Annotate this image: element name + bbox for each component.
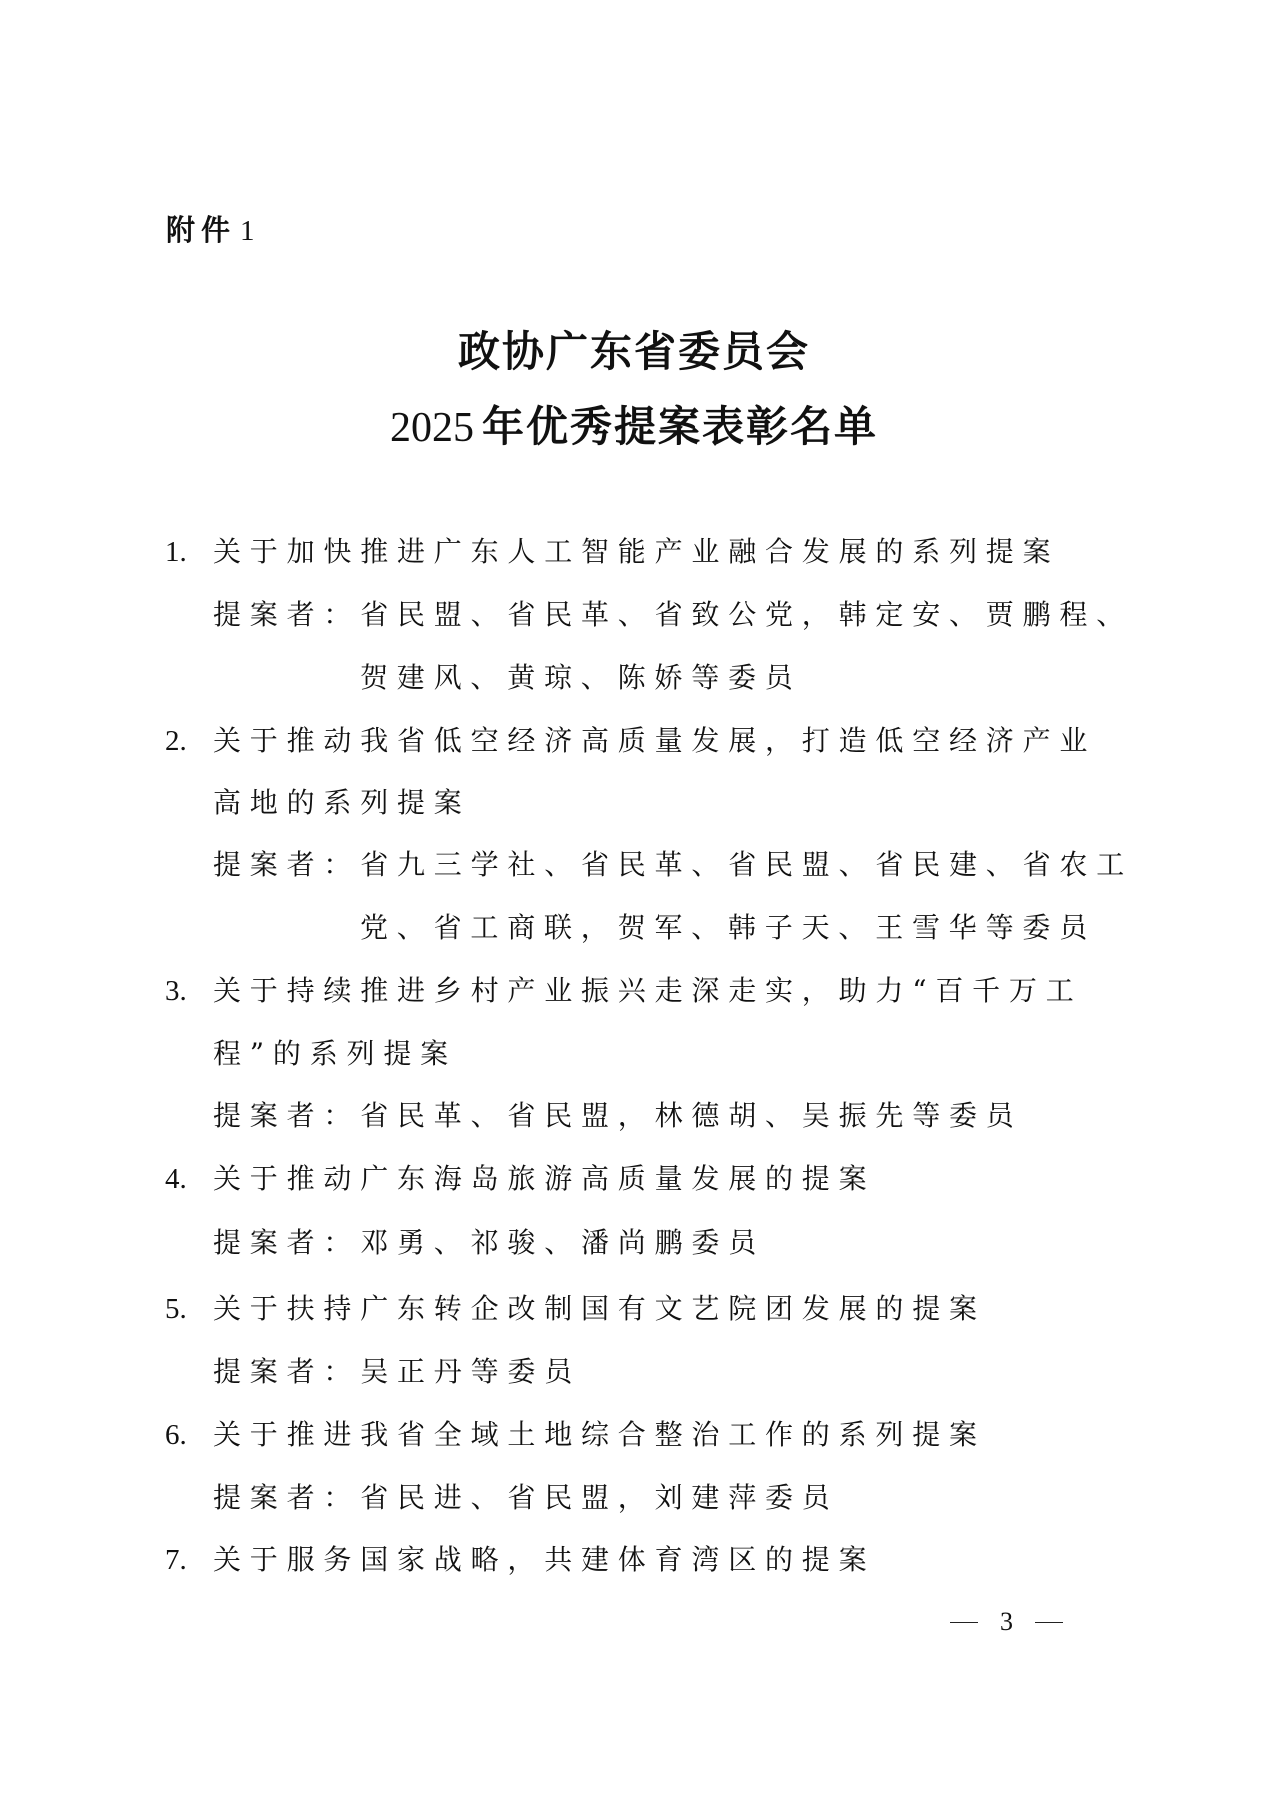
item-number: 6. [165,1419,187,1451]
item-proposers: 提案者：省民进、省民盟，刘建萍委员 [213,1482,839,1514]
item-proposers: 提案者：省民革、省民盟，林德胡、吴振先等委员 [213,1100,1023,1132]
item-proposers-continued: 党、省工商联，贺军、韩子天、王雪华等委员 [360,912,1096,944]
document-page: 附件1 政协广东省委员会 2025年优秀提案表彰名单 1. 关于加快推进广东人工… [0,0,1268,1793]
page-title-year: 2025 [390,405,474,451]
item-title-continued: 高地的系列提案 [213,787,471,819]
page-number-footer: 3 [950,1607,1063,1637]
page-title-text: 年优秀提案表彰名单 [482,402,878,451]
item-proposers: 提案者：省民盟、省民革、省致公党，韩定安、贾鹏程、 [213,599,1133,631]
item-proposers: 提案者：吴正丹等委员 [213,1356,581,1388]
page-title-org: 政协广东省委员会 [458,327,810,376]
item-number: 7. [165,1544,187,1576]
page-number: 3 [1000,1607,1013,1637]
item-proposers-continued: 贺建风、黄琼、陈娇等委员 [360,662,802,694]
item-proposers: 提案者：邓勇、祁骏、潘尚鹏委员 [213,1227,765,1259]
attachment-number: 1 [240,215,255,247]
item-number: 4. [165,1163,187,1195]
page-title-line-1: 政协广东省委员会 [0,328,1268,376]
item-title: 关于持续推进乡村产业振兴走深走实，助力“百千万工 [213,975,1083,1007]
item-title: 关于推动广东海岛旅游高质量发展的提案 [213,1163,875,1195]
attachment-label: 附件1 [166,213,255,247]
item-title: 关于服务国家战略，共建体育湾区的提案 [213,1544,875,1576]
item-number: 3. [165,975,187,1007]
item-number: 5. [165,1293,187,1325]
item-number: 2. [165,725,187,757]
page-title-line-2: 2025年优秀提案表彰名单 [0,403,1268,451]
item-title: 关于加快推进广东人工智能产业融合发展的系列提案 [213,536,1059,568]
item-title: 关于扶持广东转企改制国有文艺院团发展的提案 [213,1293,986,1325]
item-proposers: 提案者：省九三学社、省民革、省民盟、省民建、省农工 [213,849,1133,881]
dash-right-icon [1035,1622,1063,1623]
dash-left-icon [950,1622,978,1623]
item-number: 1. [165,536,187,568]
item-title: 关于推进我省全域土地综合整治工作的系列提案 [213,1419,986,1451]
attachment-label-text: 附件 [166,213,236,247]
item-title-continued: 程”的系列提案 [213,1038,457,1070]
item-title: 关于推动我省低空经济高质量发展，打造低空经济产业 [213,725,1096,757]
